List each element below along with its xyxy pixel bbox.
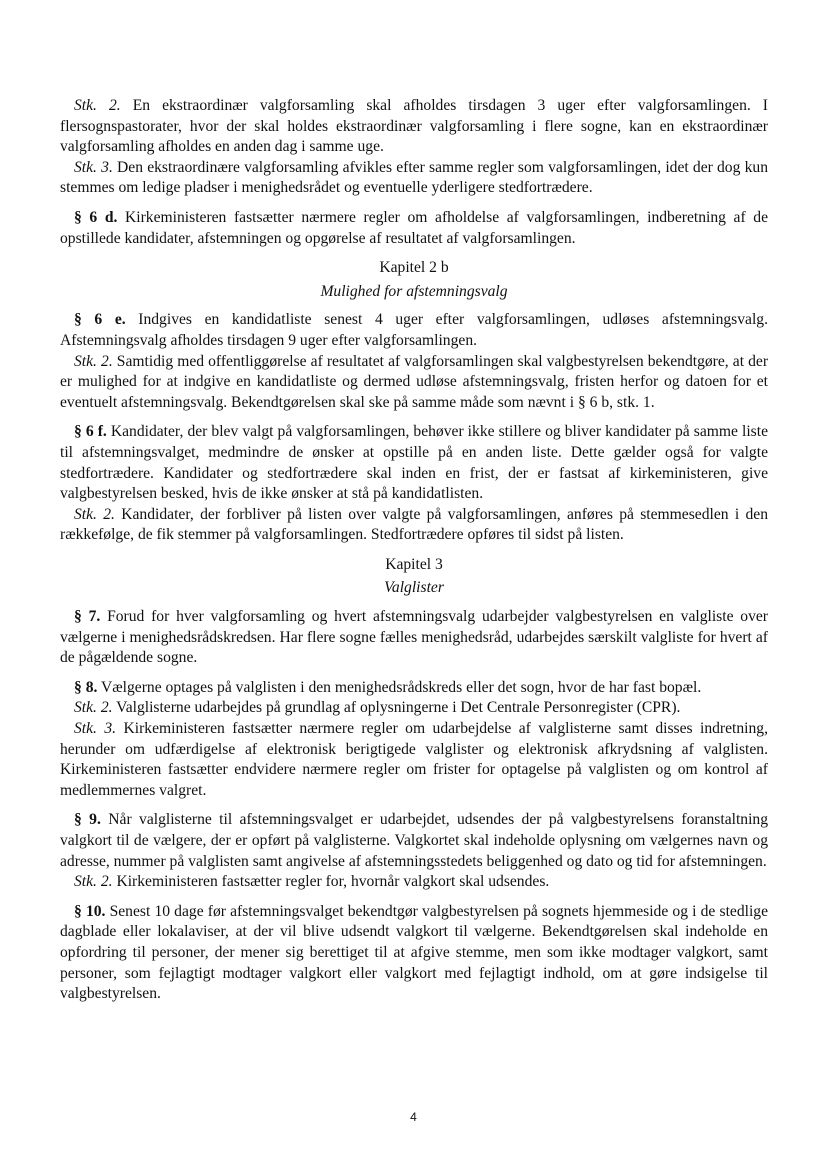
stk-label: Stk. 2.	[74, 699, 113, 716]
section-paragraph: § 8. Vælgerne optages på valglisten i de…	[60, 678, 768, 699]
stk-paragraph: Stk. 3. Kirkeministeren fastsætter nærme…	[60, 719, 768, 801]
paragraph-text: Når valglisterne til afstemningsvalget e…	[60, 811, 768, 869]
stk-label: Stk. 2.	[74, 506, 115, 523]
paragraph-text: Samtidig med offentliggørelse af resulta…	[60, 353, 768, 411]
paragraph-text: Indgives en kandidatliste senest 4 uger …	[60, 311, 768, 349]
chapter-subtitle: Mulighed for afstemningsvalg	[60, 282, 768, 303]
section-paragraph: § 6 d. Kirkeministeren fastsætter nærmer…	[60, 208, 768, 249]
section-paragraph: § 10. Senest 10 dage før afstemningsvalg…	[60, 902, 768, 1005]
stk-paragraph: Stk. 2. Kandidater, der forbliver på lis…	[60, 505, 768, 546]
paragraph-text: En ekstraordinær valgforsamling skal afh…	[60, 97, 768, 155]
section-label: § 8.	[74, 679, 97, 696]
section-paragraph: § 9. Når valglisterne til afstemningsval…	[60, 810, 768, 872]
paragraph-text: Kandidater, der blev valgt på valgforsam…	[60, 423, 768, 502]
document-page: Stk. 2. En ekstraordinær valgforsamling …	[60, 96, 768, 1005]
section-label: § 6 d.	[74, 209, 117, 226]
chapter-title: Kapitel 2 b	[60, 258, 768, 279]
paragraph-text: Kirkeministeren fastsætter nærmere regle…	[60, 720, 768, 799]
section-paragraph: § 6 f. Kandidater, der blev valgt på val…	[60, 422, 768, 504]
chapter-subtitle: Valglister	[60, 578, 768, 599]
stk-paragraph: Stk. 3. Den ekstraordinære valgforsamlin…	[60, 158, 768, 199]
paragraph-text: Kirkeministeren fastsætter nærmere regle…	[60, 209, 768, 247]
section-label: § 10.	[74, 903, 105, 920]
page-number: 4	[0, 1110, 827, 1124]
paragraph-text: Kandidater, der forbliver på listen over…	[60, 506, 768, 544]
section-label: § 9.	[74, 811, 101, 828]
stk-paragraph: Stk. 2. En ekstraordinær valgforsamling …	[60, 96, 768, 158]
stk-label: Stk. 2.	[74, 873, 113, 890]
stk-label: Stk. 2.	[74, 353, 113, 370]
section-label: § 7.	[74, 608, 100, 625]
stk-paragraph: Stk. 2. Valglisterne udarbejdes på grund…	[60, 698, 768, 719]
stk-paragraph: Stk. 2. Samtidig med offentliggørelse af…	[60, 352, 768, 414]
section-label: § 6 e.	[74, 311, 126, 328]
stk-label: Stk. 2.	[74, 97, 121, 114]
paragraph-text: Den ekstraordinære valgforsamling afvikl…	[60, 159, 768, 197]
stk-label: Stk. 3.	[74, 159, 113, 176]
paragraph-text: Valglisterne udarbejdes på grundlag af o…	[113, 699, 681, 716]
section-paragraph: § 7. Forud for hver valgforsamling og hv…	[60, 607, 768, 669]
stk-paragraph: Stk. 2. Kirkeministeren fastsætter regle…	[60, 872, 768, 893]
section-paragraph: § 6 e. Indgives en kandidatliste senest …	[60, 310, 768, 351]
section-label: § 6 f.	[74, 423, 107, 440]
paragraph-text: Vælgerne optages på valglisten i den men…	[97, 679, 701, 696]
chapter-title: Kapitel 3	[60, 555, 768, 576]
paragraph-text: Senest 10 dage før afstemningsvalget bek…	[60, 903, 768, 1002]
stk-label: Stk. 3.	[74, 720, 116, 737]
paragraph-text: Kirkeministeren fastsætter regler for, h…	[113, 873, 550, 890]
paragraph-text: Forud for hver valgforsamling og hvert a…	[60, 608, 768, 666]
